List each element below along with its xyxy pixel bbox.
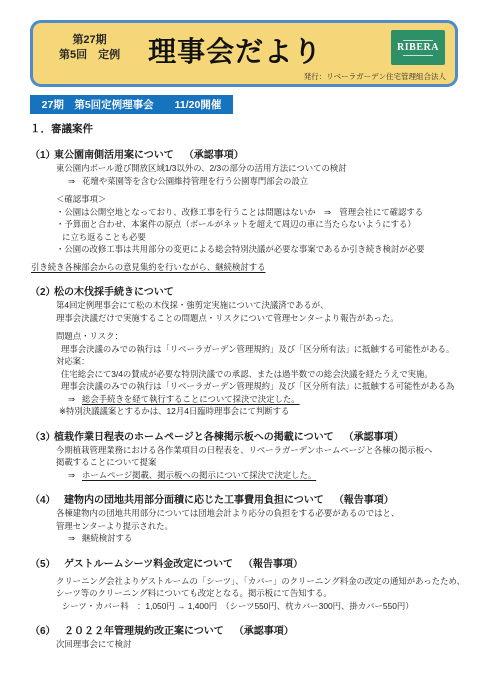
arrow-icon: ⇒ bbox=[68, 176, 75, 186]
decision-line: 引き続き各棟部会からの意見集約を行いながら、継続検討する bbox=[30, 261, 476, 274]
arrow-line: ⇒ホームページ掲載、掲示板への掲示について採決で決定した。 bbox=[30, 469, 476, 482]
agenda-item-6: （6） ２０２２年管理規約改正案について （承認事項） 次回理事会にて検討 bbox=[30, 625, 476, 651]
item-tag: （報告事項） bbox=[334, 494, 394, 507]
agenda-heading: １．審議案件 bbox=[30, 121, 476, 136]
period-label: 第27期 bbox=[59, 33, 120, 48]
item-number: （5） bbox=[30, 558, 64, 571]
body-line: 管理センターより提示された。 bbox=[30, 520, 476, 533]
body-line: 東公園内ボール遊び開放区域1/3以外の、2/3の部分の活用方法についての検討 bbox=[30, 162, 476, 175]
item-title: 東公園南側活用案について bbox=[54, 149, 174, 162]
body-line: 花壇や菜園等を含む公園維持管理を行う公園専門部会の設立 bbox=[82, 176, 308, 186]
arrow-line: ⇒花壇や菜園等を含む公園維持管理を行う公園専門部会の設立 bbox=[30, 175, 476, 188]
body-line: 問題点・リスク： bbox=[30, 330, 476, 343]
body-line: ・公園は公開空地となっており、改修工事を行うことは問題はないか ⇒ 管理会社にて… bbox=[30, 206, 476, 219]
session-label: 第5回 定例 bbox=[59, 48, 120, 63]
item-tag: （承認事項） bbox=[344, 431, 404, 444]
body-line: ・公園の改修工事は共用部分の変更による総会特別決議が必要な事案であるか引き続き検… bbox=[30, 243, 476, 256]
decision-line: 総会手続きを経て執行することについて採決で決定した。 bbox=[82, 394, 300, 404]
agenda-item-2-heading: （2） 松の木伐採手続きについて bbox=[30, 286, 476, 299]
logo-text: RIBERA bbox=[397, 43, 439, 53]
price-line: シーツ・カバー料 ：1,050円 → 1,400円 （シーツ550円、枕カバー3… bbox=[30, 600, 476, 613]
body-line: 掲載することについて提案 bbox=[30, 456, 476, 469]
agenda-item-5: （5） ゲストルームシーツ料金改定について （報告事項） クリーニング会社よりゲ… bbox=[30, 558, 476, 613]
item-title: ゲストルームシーツ料金改定について bbox=[64, 558, 233, 571]
agenda-item-2: （2） 松の木伐採手続きについて 第4回定例理事会にて松の木伐採・強剪定実施につ… bbox=[30, 286, 476, 418]
body-line: 理事会決議のみでの執行は「リベーラガーデン管理規約」及び「区分所有法」に抵触する… bbox=[30, 380, 476, 393]
body-line: 各棟建物内の団地共用部分については団地会計より応分の負担をする必要があるのではと… bbox=[30, 507, 476, 520]
item-title: ２０２２年管理規約改正案について bbox=[64, 625, 224, 638]
item-title: 植栽作業日程表のホームページと各棟掲示板への掲載について bbox=[54, 431, 334, 444]
body-line: に立ち返ることも必要 bbox=[30, 231, 476, 244]
body-line: シーツ等のクリーニング料についても改定となる。掲示板にて告知する。 bbox=[30, 587, 476, 600]
body-line: ＜確認事項＞ bbox=[30, 193, 476, 206]
body-line: 住宅総会にて3/4の賛成が必要な特別決議での承認、または過半数での総会決議を経た… bbox=[30, 368, 476, 381]
body-line: クリーニング会社よりゲストルームの「シーツ」、「カバー」のクリーニング料金の改定… bbox=[30, 575, 476, 588]
page-title: 理事会だより bbox=[148, 30, 322, 70]
content: １．審議案件 （1） 東公園南側活用案について （承認事項） 東公園内ボール遊び… bbox=[30, 121, 476, 651]
item-title: 松の木伐採手続きについて bbox=[54, 286, 174, 299]
body-line: 今期植栽管理業務における各作業項目の日程表を、リベーラガーデンホームページと各棟… bbox=[30, 444, 476, 457]
arrow-icon: ⇒ bbox=[68, 533, 75, 543]
item-tag: （承認事項） bbox=[184, 149, 244, 162]
body-line: 継続検討する bbox=[82, 533, 132, 543]
item-number: （2） bbox=[30, 286, 54, 299]
agenda-item-4-heading: （4） 建物内の団地共用部分面積に応じた工事費用負担について （報告事項） bbox=[30, 494, 476, 507]
header-banner: 第27期 第5回 定例 理事会だより RIBERA 発行：リベーラガーデン住宅管… bbox=[30, 20, 458, 87]
period-block: 第27期 第5回 定例 bbox=[59, 33, 120, 63]
item-title: 建物内の団地共用部分面積に応じた工事費用負担について bbox=[64, 494, 324, 507]
item-number: （3） bbox=[30, 431, 54, 444]
agenda-item-3-heading: （3） 植栽作業日程表のホームページと各棟掲示板への掲載について （承認事項） bbox=[30, 431, 476, 444]
note-line: ※特別決議議案とするかは、12月4日臨時理事会にて判断する bbox=[30, 405, 476, 418]
agenda-item-5-heading: （5） ゲストルームシーツ料金改定について （報告事項） bbox=[30, 558, 476, 571]
arrow-line: ⇒継続検討する bbox=[30, 532, 476, 545]
agenda-item-1-heading: （1） 東公園南側活用案について （承認事項） bbox=[30, 149, 476, 162]
arrow-icon: ⇒ bbox=[68, 394, 75, 404]
decision-line: ホームページ掲載、掲示板への掲示について採決で決定した。 bbox=[82, 470, 316, 480]
arrow-icon: ⇒ bbox=[68, 470, 75, 480]
publisher-line: 発行：リベーラガーデン住宅管理組合法人 bbox=[304, 71, 446, 82]
item-number: （1） bbox=[30, 149, 54, 162]
item-number: （6） bbox=[30, 625, 64, 638]
body-line: 次回理事会にて検討 bbox=[30, 638, 476, 651]
agenda-item-6-heading: （6） ２０２２年管理規約改正案について （承認事項） bbox=[30, 625, 476, 638]
item-tag: （報告事項） bbox=[243, 558, 303, 571]
item-number: （4） bbox=[30, 494, 64, 507]
arrow-line: ⇒総会手続きを経て執行することについて採決で決定した。 bbox=[30, 393, 476, 406]
body-line: 理事会決議だけで実施することの問題点・リスクについて管理センターより報告があった… bbox=[30, 312, 476, 325]
ribera-logo: RIBERA bbox=[391, 30, 445, 65]
item-tag: （承認事項） bbox=[234, 625, 294, 638]
newsletter-page: 第27期 第5回 定例 理事会だより RIBERA 発行：リベーラガーデン住宅管… bbox=[0, 0, 480, 679]
agenda-item-4: （4） 建物内の団地共用部分面積に応じた工事費用負担について （報告事項） 各棟… bbox=[30, 494, 476, 545]
body-line: 第4回定例理事会にて松の木伐採・強剪定実施について決議済であるが、 bbox=[30, 299, 476, 312]
body-line: 理事会決議のみでの執行は「リベーラガーデン管理規約」及び「区分所有法」に抵触する… bbox=[30, 343, 476, 356]
body-line: ・予算面と合わせ、本案件の原点（ボールがネットを超えて周辺の車に当たらないように… bbox=[30, 218, 476, 231]
meeting-bar: 27期 第5回定例理事会 11/20開催 bbox=[30, 95, 233, 114]
agenda-item-3: （3） 植栽作業日程表のホームページと各棟掲示板への掲載について （承認事項） … bbox=[30, 431, 476, 482]
agenda-item-1: （1） 東公園南側活用案について （承認事項） 東公園内ボール遊び開放区域1/3… bbox=[30, 149, 476, 273]
logo-rule-bottom bbox=[403, 55, 433, 56]
logo-rule-top bbox=[403, 40, 433, 41]
body-line: 対応案： bbox=[30, 355, 476, 368]
